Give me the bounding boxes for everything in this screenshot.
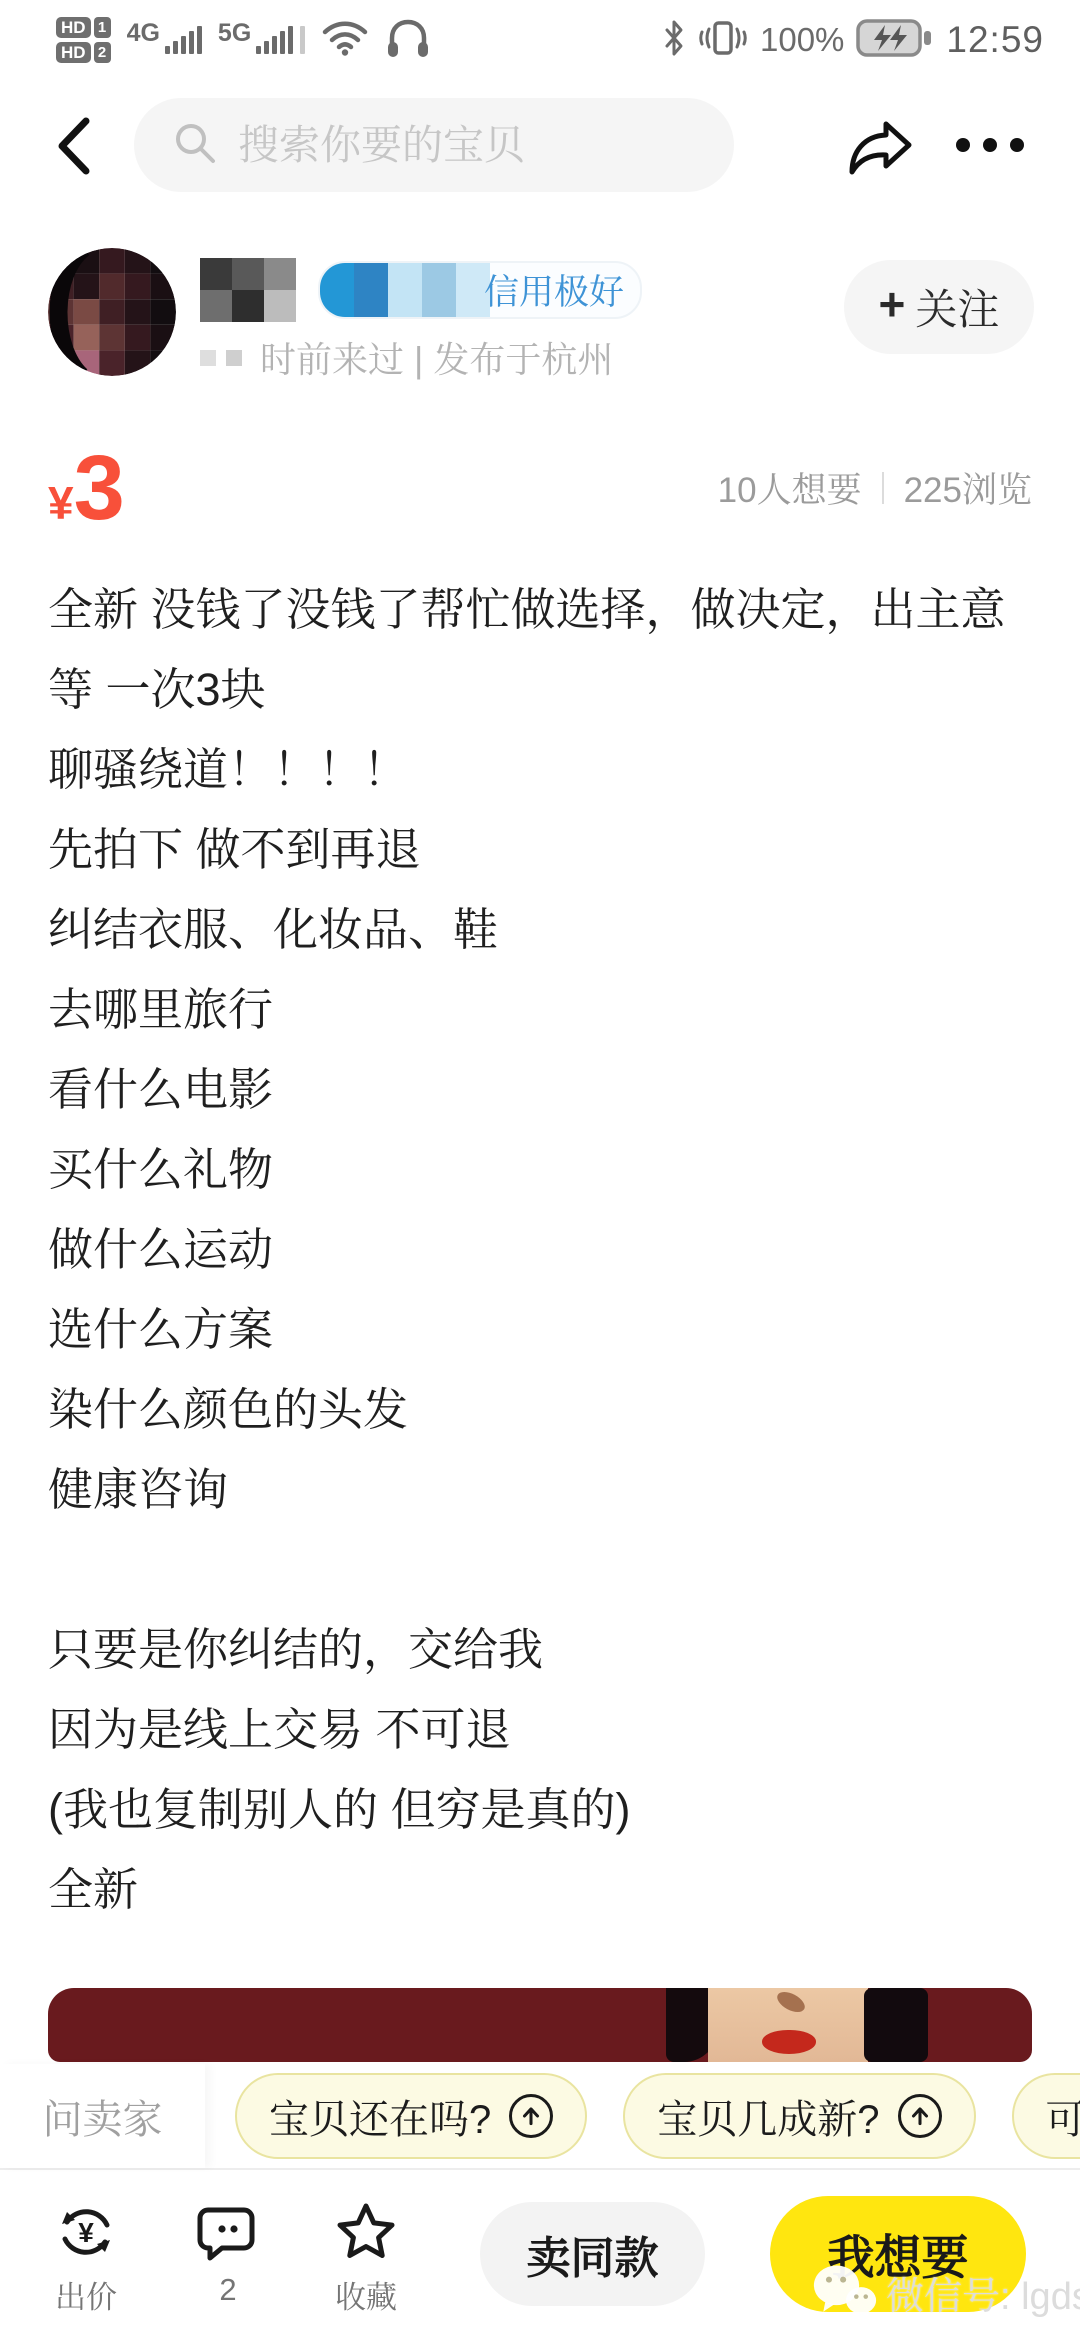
item-photo[interactable]: [48, 1988, 1032, 2062]
price-currency-symbol: ¥: [48, 476, 74, 530]
description-line: [48, 1530, 1032, 1610]
description-line: 只要是你纠结的，交给我: [48, 1610, 1032, 1690]
plus-icon: +: [879, 277, 906, 331]
credit-badge-mosaic: [354, 263, 388, 317]
ellipsis-dot: [983, 138, 997, 152]
hd-volte-badge-2: HD: [56, 42, 91, 63]
share-button[interactable]: [846, 112, 916, 178]
want-count-label: 10人想要: [718, 463, 862, 513]
arrow-up-circle-icon: [898, 2094, 942, 2138]
sell-same-button[interactable]: 卖同款: [480, 2202, 705, 2306]
credit-badge-mosaic: [422, 263, 456, 317]
description-line: 健康咨询: [48, 1450, 1032, 1530]
item-stats: 10人想要 225浏览: [718, 463, 1032, 513]
quick-ask-chip-label: 宝贝还在吗?: [269, 2088, 491, 2145]
comment-count-label: 2: [219, 2272, 236, 2308]
description-line: (我也复制别人的 但穷是真的): [48, 1770, 1032, 1850]
signal-5g-indicator: 5G: [218, 26, 305, 54]
sim-badges: HD 1 HD 2: [56, 17, 111, 63]
view-count-label: 225浏览: [904, 463, 1032, 513]
hd-volte-badge-1: HD: [56, 17, 91, 38]
quick-ask-chip[interactable]: 可: [1012, 2073, 1080, 2159]
watermark: 微信号: lgdsit: [812, 2262, 1080, 2323]
headphones-icon: [385, 17, 431, 64]
seller-visit-info: 时前来过 | 发布于杭州: [200, 332, 613, 383]
clock-label: 12:59: [946, 19, 1044, 61]
quick-ask-chip-label: 可: [1046, 2088, 1080, 2145]
bid-label: 出价: [55, 2272, 117, 2317]
ellipsis-dot: [956, 138, 970, 152]
description-line: 看什么电影: [48, 1050, 1032, 1130]
sim1-slot-badge: 1: [94, 17, 111, 38]
description-line: 先拍下 做不到再退: [48, 810, 1032, 890]
description-line: 选什么方案: [48, 1290, 1032, 1370]
comments-button[interactable]: 2: [180, 2200, 276, 2308]
bid-yuan-refresh-icon: ¥: [54, 2200, 118, 2264]
battery-percent-label: 100%: [760, 21, 844, 59]
item-description: 全新 没钱了没钱了帮忙做选择，做决定，出主意等 一次3块 聊骚绕道！！！！ 先拍…: [48, 570, 1032, 1930]
nav-bar: [0, 90, 1080, 200]
credit-badge-mosaic: [320, 263, 354, 317]
share-arrow-icon: [846, 166, 916, 181]
credit-badge-label: 信用极好: [484, 265, 624, 315]
quick-ask-chip[interactable]: 宝贝还在吗?: [235, 2073, 587, 2159]
sim2-slot-badge: 2: [94, 42, 111, 63]
star-icon: [334, 2200, 398, 2264]
signal-bars-icon: [256, 26, 305, 54]
description-line: 去哪里旅行: [48, 970, 1032, 1050]
credit-badge[interactable]: 信用极好: [318, 261, 642, 319]
favorite-label: 收藏: [335, 2272, 397, 2317]
search-icon: [172, 120, 218, 171]
network-5g-label: 5G: [218, 21, 251, 46]
svg-text:¥: ¥: [78, 2217, 94, 2248]
bluetooth-icon: [662, 19, 686, 62]
seller-avatar[interactable]: [48, 248, 176, 376]
description-line: 做什么运动: [48, 1210, 1032, 1290]
status-bar: HD 1 HD 2 4G 5G: [0, 0, 1080, 80]
description-line: 纠结衣服、化妆品、鞋: [48, 890, 1032, 970]
search-bar[interactable]: [134, 98, 734, 192]
chat-bubble-icon: [196, 2200, 260, 2264]
battery-charging-icon: [856, 17, 934, 64]
bid-button[interactable]: ¥ 出价: [38, 2200, 134, 2317]
photo-hair-right: [864, 1988, 928, 2062]
description-line: 全新 没钱了没钱了帮忙做选择，做决定，出主意等 一次3块: [48, 570, 1032, 730]
favorite-button[interactable]: 收藏: [318, 2200, 414, 2317]
visit-info-mosaic: [226, 350, 242, 366]
signal-bars-icon: [165, 26, 202, 54]
follow-button[interactable]: + 关注: [844, 260, 1034, 354]
description-line: 因为是线上交易 不可退: [48, 1690, 1032, 1770]
visit-info-mosaic: [200, 350, 216, 366]
back-button[interactable]: [52, 116, 96, 176]
follow-button-label: 关注: [915, 277, 999, 337]
description-line: 染什么颜色的头发: [48, 1370, 1032, 1450]
wechat-icon: [812, 2262, 878, 2323]
seller-username-censored[interactable]: [200, 258, 296, 322]
vibrate-icon: [698, 19, 748, 62]
quick-ask-bar: 宝贝还在吗? 宝贝几成新?: [0, 2064, 1080, 2170]
item-price: ¥ 3: [48, 442, 125, 534]
ask-seller-label: 问卖家: [43, 2088, 163, 2145]
network-4g-label: 4G: [127, 21, 160, 46]
description-line: 全新: [48, 1850, 1032, 1930]
bottom-action-bar: ¥ 出价 2 收藏 卖同款 我想要: [0, 2172, 1080, 2340]
description-line: 聊骚绕道！！！！: [48, 730, 1032, 810]
visit-info-label: 时前来过 | 发布于杭州: [260, 332, 613, 383]
description-line: 买什么礼物: [48, 1130, 1032, 1210]
ellipsis-dot: [1010, 138, 1024, 152]
quick-ask-chip-row: 宝贝还在吗? 宝贝几成新?: [205, 2064, 1080, 2168]
credit-badge-mosaic: [388, 263, 422, 317]
photo-lips: [762, 2030, 816, 2054]
stats-divider: [882, 472, 884, 504]
watermark-text: 微信号: lgdsit: [886, 2265, 1080, 2320]
arrow-up-circle-icon: [509, 2094, 553, 2138]
ask-seller-box: 问卖家: [0, 2064, 205, 2168]
more-menu-button[interactable]: [956, 130, 1046, 160]
quick-ask-chip[interactable]: 宝贝几成新?: [623, 2073, 975, 2159]
xianyu-item-detail-screen: HD 1 HD 2 4G 5G: [0, 0, 1080, 2340]
search-input[interactable]: [236, 121, 700, 170]
seller-section: 信用极好 时前来过 | 发布于杭州 + 关注: [0, 246, 1080, 386]
back-chevron-icon: [52, 164, 96, 179]
price-amount: 3: [74, 442, 125, 534]
price-row: ¥ 3 10人想要 225浏览: [48, 438, 1032, 538]
quick-ask-chip-label: 宝贝几成新?: [657, 2088, 879, 2145]
signal-4g-indicator: 4G: [127, 26, 202, 54]
wifi-icon: [321, 19, 369, 62]
